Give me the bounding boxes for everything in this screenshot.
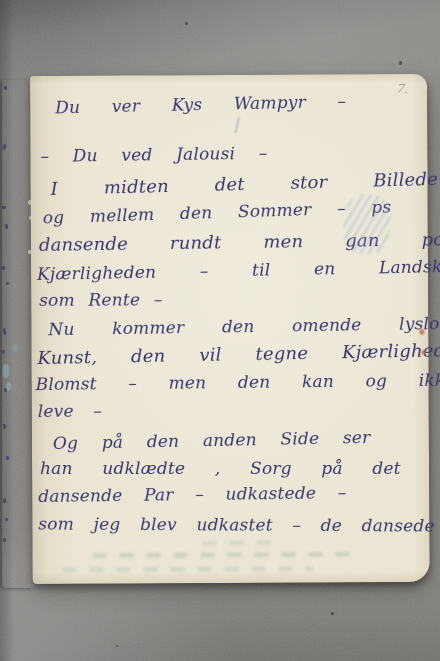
handwriting-line-6: Kjærligheden – til en Landskab: [37, 255, 440, 287]
page-number: 7.: [396, 81, 409, 96]
bleedthrough-ghost-line: [63, 567, 313, 572]
blue-bleed-mark: [6, 382, 11, 391]
notebook-page: 7. Du ver Kys Wampyr – – Du ved Jalousi …: [30, 74, 430, 584]
ink-speck: [3, 424, 6, 429]
ink-speck: [2, 266, 5, 270]
ink-speck: [2, 328, 7, 336]
dust-speck: [185, 22, 188, 25]
page-edge-stack: [2, 80, 33, 588]
handwriting-line-13: han udklædte , Sorg på det: [40, 457, 401, 481]
ink-speck: [3, 538, 6, 542]
foxing-spot: [421, 350, 425, 355]
ink-speck: [2, 350, 5, 354]
ink-speck: [2, 206, 6, 209]
dust-speck: [399, 61, 402, 65]
handwriting-line-12: Og på den anden Side ser: [53, 426, 371, 456]
ink-speck: [2, 144, 7, 151]
handwriting-line-15: som jeg blev udkastet – de dansede Dans: [38, 513, 440, 539]
notebook-photo: 7. Du ver Kys Wampyr – – Du ved Jalousi …: [0, 0, 440, 661]
handwriting-line-1: Du ver Kys Wampyr –: [55, 90, 347, 121]
ink-speck: [5, 518, 8, 521]
handwriting-line-9: Kunst, den vil tegne Kjærlighedens: [37, 339, 440, 371]
dust-speck: [116, 645, 118, 647]
foxing-spot: [419, 329, 424, 335]
bleedthrough-ghost-line: [202, 541, 282, 545]
teal-speck: [13, 344, 18, 351]
dust-speck: [331, 612, 334, 615]
bleedthrough-ghost-line: [93, 552, 358, 557]
handwriting-line-8: Nu kommer den omende lyslokkede: [48, 311, 440, 342]
ink-speck: [3, 498, 6, 503]
handwriting-line-11: leve –: [38, 400, 102, 424]
ink-speck: [5, 224, 8, 229]
blue-bleed-mark: [3, 364, 9, 378]
ink-speck: [4, 86, 7, 90]
handwriting-line-10: Blomst – men den kan og ikke: [35, 369, 440, 397]
handwriting-line-2: – Du ved Jalousi –: [40, 142, 267, 169]
handwriting-line-7: som Rente –: [39, 288, 162, 313]
handwriting-line-14: dansende Par – udkastede –: [38, 481, 347, 509]
ink-speck: [6, 456, 9, 460]
faint-ink-stroke: [234, 117, 240, 133]
ink-speck: [6, 282, 9, 285]
